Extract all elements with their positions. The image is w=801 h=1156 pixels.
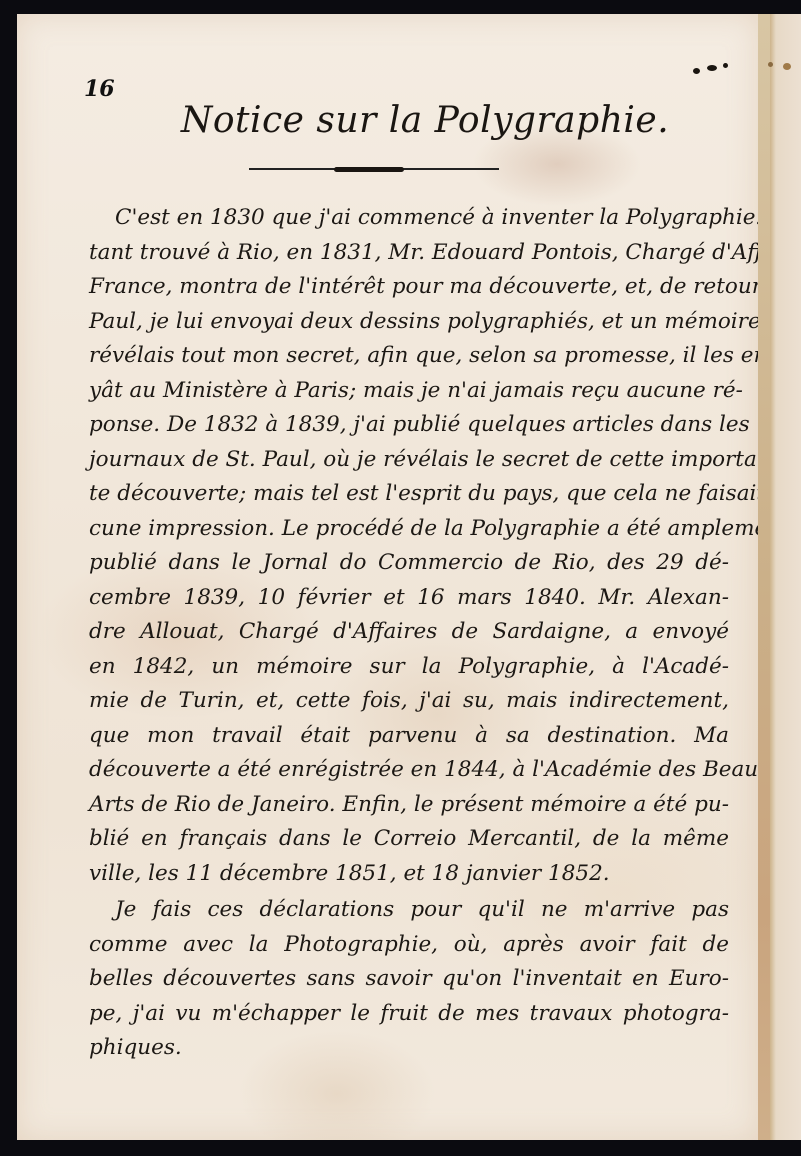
text-line: tant trouvé à Rio, en 1831, Mr. Edouard … [89, 236, 729, 271]
punch-hole [707, 65, 717, 71]
text-line: France, montra de l'intérêt pour ma déco… [89, 270, 729, 305]
text-line: que mon travail était parvenu à sa desti… [89, 719, 729, 754]
paragraph-2: Je fais ces déclarations pour qu'il ne m… [89, 893, 729, 1066]
punch-hole [768, 62, 773, 67]
punch-hole [723, 63, 728, 68]
text-line: phiques. [89, 1031, 729, 1066]
manuscript-page: 16 Notice sur la Polygraphie. C'est en 1… [17, 14, 758, 1140]
text-line: cembre 1839, 10 février et 16 mars 1840.… [89, 581, 729, 616]
text-line: journaux de St. Paul, où je révélais le … [89, 443, 729, 478]
text-line: dre Allouat, Chargé d'Affaires de Sardai… [89, 615, 729, 650]
manuscript-body: C'est en 1830 que j'ai commencé à invent… [89, 201, 729, 1066]
text-line: te découverte; mais tel est l'esprit du … [89, 477, 729, 512]
text-line: révélais tout mon secret, afin que, selo… [89, 339, 729, 374]
text-line: en 1842, un mémoire sur la Polygraphie, … [89, 650, 729, 685]
scanned-manuscript: 16 Notice sur la Polygraphie. C'est en 1… [0, 0, 801, 1156]
text-line: Je fais ces déclarations pour qu'il ne m… [89, 893, 729, 928]
text-line: belles découvertes sans savoir qu'on l'i… [89, 962, 729, 997]
page-title: Notice sur la Polygraphie. [145, 100, 705, 141]
text-line: yât au Ministère à Paris; mais je n'ai j… [89, 374, 729, 409]
text-line: ponse. De 1832 à 1839, j'ai publié quelq… [89, 408, 729, 443]
binding-strip [758, 14, 770, 1140]
text-line: C'est en 1830 que j'ai commencé à invent… [89, 201, 729, 236]
text-line: découverte a été enrégistrée en 1844, à … [89, 753, 729, 788]
punch-hole [693, 68, 700, 74]
text-line: mie de Turin, et, cette fois, j'ai su, m… [89, 684, 729, 719]
text-line: blié en français dans le Correio Mercant… [89, 822, 729, 857]
text-line: Arts de Rio de Janeiro. Enfin, le présen… [89, 788, 729, 823]
page-number: 16 [84, 76, 115, 102]
text-line: publié dans le Jornal do Commercio de Ri… [89, 546, 729, 581]
text-line: ville, les 11 décembre 1851, et 18 janvi… [89, 857, 729, 892]
punch-hole [783, 63, 791, 70]
text-line: cune impression. Le procédé de la Polygr… [89, 512, 729, 547]
title-underline-ornament [249, 168, 499, 170]
text-line: comme avec la Photographie, où, après av… [89, 928, 729, 963]
paragraph-1: C'est en 1830 que j'ai commencé à invent… [89, 201, 729, 891]
text-line: pe, j'ai vu m'échapper le fruit de mes t… [89, 997, 729, 1032]
text-line: Paul, je lui envoyai deux dessins polygr… [89, 305, 729, 340]
